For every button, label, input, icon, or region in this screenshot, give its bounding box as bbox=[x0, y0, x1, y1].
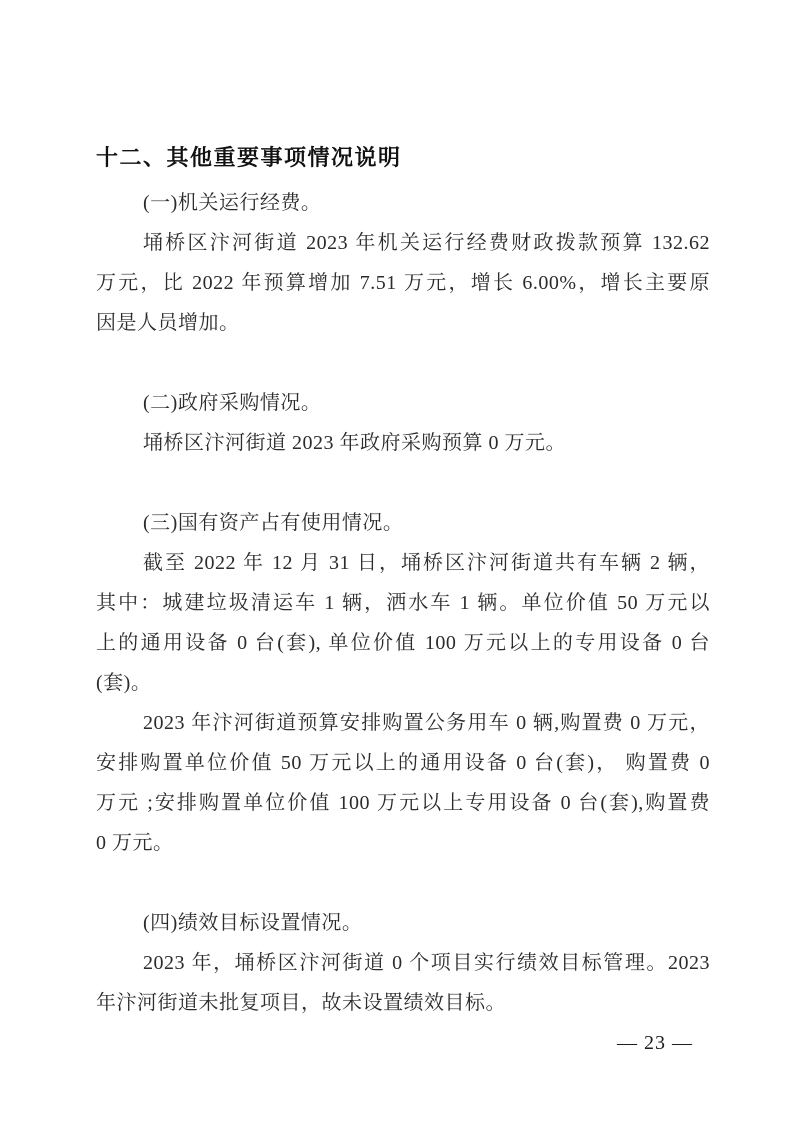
text-line: 其中：城建垃圾清运车 1 辆，洒水车 1 辆。单位价值 50 万元以 bbox=[96, 583, 710, 623]
section-heading: 十二、其他重要事项情况说明 bbox=[96, 143, 710, 172]
document-body: (一)机关运行经费。埇桥区汴河街道 2023 年机关运行经费财政拨款预算 132… bbox=[96, 183, 710, 1023]
text-line: (二)政府采购情况。 bbox=[96, 383, 710, 423]
text-line: 截至 2022 年 12 月 31 日，埇桥区汴河街道共有车辆 2 辆， bbox=[96, 543, 710, 583]
text-line: (四)绩效目标设置情况。 bbox=[96, 903, 710, 943]
text-line bbox=[96, 463, 710, 503]
text-line: 因是人员增加。 bbox=[96, 303, 710, 343]
text-line: (套)。 bbox=[96, 663, 710, 703]
text-line: 安排购置单位价值 50 万元以上的通用设备 0 台(套)， 购置费 0 bbox=[96, 743, 710, 783]
text-line bbox=[96, 343, 710, 383]
text-line: 2023 年汴河街道预算安排购置公务用车 0 辆,购置费 0 万元， bbox=[96, 703, 710, 743]
text-line: 万元 ;安排购置单位价值 100 万元以上专用设备 0 台(套),购置费 bbox=[96, 783, 710, 823]
text-line: 年汴河街道未批复项目，故未设置绩效目标。 bbox=[96, 983, 710, 1023]
text-line: (三)国有资产占有使用情况。 bbox=[96, 503, 710, 543]
text-line: 0 万元。 bbox=[96, 823, 710, 863]
text-line: 万元，比 2022 年预算增加 7.51 万元，增长 6.00%，增长主要原 bbox=[96, 263, 710, 303]
text-line bbox=[96, 863, 710, 903]
text-line: 埇桥区汴河街道 2023 年机关运行经费财政拨款预算 132.62 bbox=[96, 223, 710, 263]
document-page: 十二、其他重要事项情况说明 (一)机关运行经费。埇桥区汴河街道 2023 年机关… bbox=[0, 0, 793, 1122]
page-number: — 23 — bbox=[617, 1029, 693, 1057]
text-line: 上的通用设备 0 台(套), 单位价值 100 万元以上的专用设备 0 台 bbox=[96, 623, 710, 663]
text-line: 埇桥区汴河街道 2023 年政府采购预算 0 万元。 bbox=[96, 423, 710, 463]
text-line: 2023 年，埇桥区汴河街道 0 个项目实行绩效目标管理。2023 bbox=[96, 943, 710, 983]
document-content: 十二、其他重要事项情况说明 (一)机关运行经费。埇桥区汴河街道 2023 年机关… bbox=[96, 143, 710, 1023]
text-line: (一)机关运行经费。 bbox=[96, 183, 710, 223]
